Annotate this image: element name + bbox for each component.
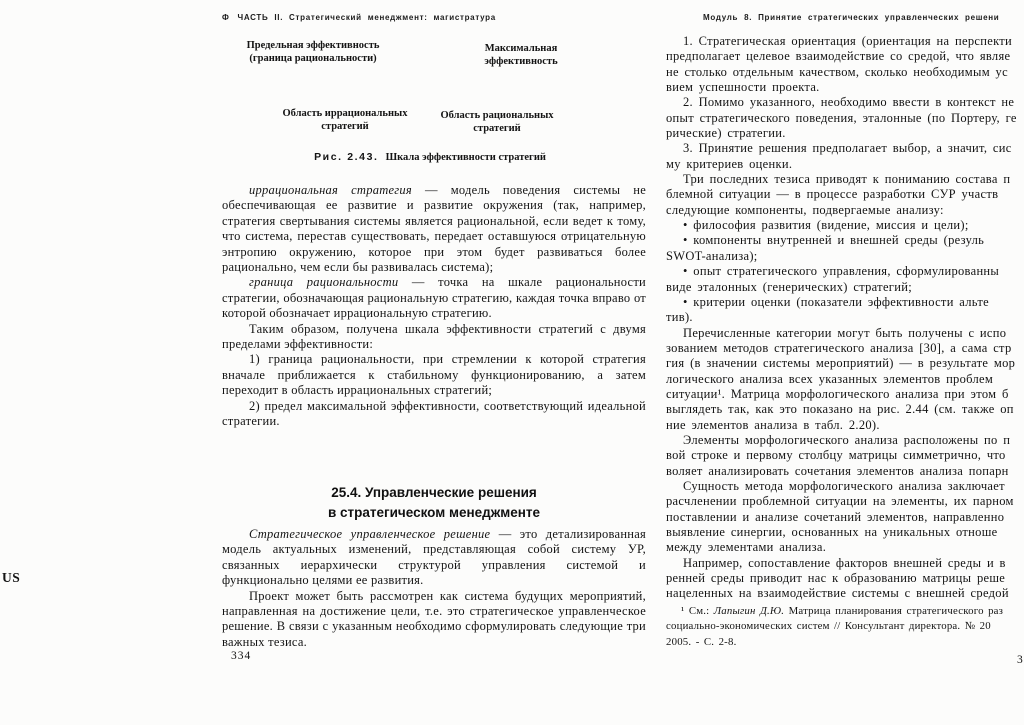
text-line: 3. Принятие решения предполагает выбор, … bbox=[666, 141, 1017, 156]
figure-label-marginal-effectiveness: Предельная эффективность (граница рацион… bbox=[247, 40, 380, 65]
text-line: логического анализа всех указанных элеме… bbox=[666, 372, 1017, 387]
text-line: воляет анализировать сочетания элементов… bbox=[666, 464, 1017, 479]
figure-label-line: Область иррациональных bbox=[283, 108, 408, 121]
text-line: поставлении и анализе сочетаний элементо… bbox=[666, 510, 1017, 525]
text-line: рические) стратегии. bbox=[666, 126, 1017, 141]
paragraph: 2) предел максимальной эффективности, со… bbox=[222, 399, 646, 430]
text-line: вой строке и первому столбцу матрицы сим… bbox=[666, 448, 1017, 463]
text-line: • компоненты внутренней и внешней среды … bbox=[666, 233, 1017, 248]
paragraph-lead-term: иррациональная стратегия bbox=[249, 183, 412, 197]
text-line: выявление синергии, основанных на уникал… bbox=[666, 525, 1017, 540]
footnote-text: Матрица планирования стратегического раз bbox=[784, 605, 1003, 617]
text-line: расчленении проблемной ситуации на элеме… bbox=[666, 494, 1017, 509]
text-line: зованием методов стратегического анализа… bbox=[666, 341, 1017, 356]
text-line: тив). bbox=[666, 310, 1017, 325]
text-line: ситуации¹. Матрица морфологического анал… bbox=[666, 387, 1017, 402]
figure-caption-text: Шкала эффективности стратегий bbox=[386, 152, 546, 163]
paragraph: 1) граница рациональности, при стремлени… bbox=[222, 352, 646, 398]
section-heading-line: 25.4. Управленческие решения bbox=[222, 483, 646, 503]
text-line: • философия развития (видение, миссия и … bbox=[666, 218, 1017, 233]
text-line: следующие компоненты, подвергаемые анали… bbox=[666, 203, 1017, 218]
footnote-line: 2005. - С. 2-8. bbox=[666, 635, 1003, 650]
right-page-number: 3 bbox=[1017, 654, 1024, 666]
left-running-head: ФЧАСТЬ II. Стратегический менеджмент: ма… bbox=[222, 13, 496, 22]
figure-label-irrational-area: Область иррациональных стратегий bbox=[283, 108, 408, 133]
text-line: предполагает целевое взаимодействие со с… bbox=[666, 49, 1017, 64]
text-line: • критерии оценки (показатели эффективно… bbox=[666, 295, 1017, 310]
text-line: Элементы морфологического анализа распол… bbox=[666, 433, 1017, 448]
footnote: ¹ См.: Лапыгин Д.Ю. Матрица планирования… bbox=[666, 604, 1003, 650]
left-body-block-2: Стратегическое управленческое решение — … bbox=[222, 527, 646, 650]
text-line: виде эталонных (генерических) стратегий; bbox=[666, 280, 1017, 295]
text-line: опыт стратегического поведения, эталонны… bbox=[666, 111, 1017, 126]
figure-label-line: (граница рациональности) bbox=[247, 53, 380, 66]
text-line: ние элементов анализа в табл. 2.20). bbox=[666, 418, 1017, 433]
left-running-head-text: ЧАСТЬ II. Стратегический менеджмент: маг… bbox=[238, 13, 496, 22]
text-line: 1. Стратегическая ориентация (ориентация… bbox=[666, 34, 1017, 49]
section-heading-25-4: 25.4. Управленческие решения в стратегич… bbox=[222, 483, 646, 523]
text-line: не столько отдельным качеством, сколько … bbox=[666, 65, 1017, 80]
text-line: Например, сопоставление факторов внешней… bbox=[666, 556, 1017, 571]
text-line: Три последних тезиса приводят к понимани… bbox=[666, 172, 1017, 187]
right-body: 1. Стратегическая ориентация (ориентация… bbox=[666, 34, 1017, 602]
text-line: • опыт стратегического управления, сформ… bbox=[666, 264, 1017, 279]
book-spread-scan: ФЧАСТЬ II. Стратегический менеджмент: ма… bbox=[0, 0, 1024, 725]
footnote-line: ¹ См.: Лапыгин Д.Ю. Матрица планирования… bbox=[666, 604, 1003, 619]
text-line: нацеленных на взаимодействие системы с в… bbox=[666, 586, 1017, 601]
figure-label-rational-area: Область рациональных стратегий bbox=[440, 110, 553, 135]
figure-caption: Рис. 2.43.Шкала эффективности стратегий bbox=[314, 151, 546, 163]
text-line: 2. Помимо указанного, необходимо ввести … bbox=[666, 95, 1017, 110]
right-running-head-text: Модуль 8. Принятие стратегических управл… bbox=[703, 13, 999, 22]
figure-label-max-effectiveness: Максимальная эффективность bbox=[484, 43, 557, 68]
figure-label-line: Предельная эффективность bbox=[247, 40, 380, 53]
text-line: SWOT-анализа); bbox=[666, 249, 1017, 264]
paragraph: иррациональная стратегия — модель поведе… bbox=[222, 183, 646, 275]
text-line: Сущность метода морфологического анализа… bbox=[666, 479, 1017, 494]
footnote-marker: ¹ См.: bbox=[681, 605, 714, 617]
paragraph-lead-term: Стратегическое управленческое решение bbox=[249, 527, 490, 541]
figure-label-line: эффективность bbox=[484, 56, 557, 69]
footnote-line: социально-экономических систем // Консул… bbox=[666, 619, 1003, 634]
paragraph: граница рациональности — точка на шкале … bbox=[222, 275, 646, 321]
figure-label-line: стратегий bbox=[440, 123, 553, 136]
footnote-author: Лапыгин Д.Ю. bbox=[714, 605, 784, 617]
text-line: Перечисленные категории могут быть получ… bbox=[666, 326, 1017, 341]
text-line: между элементами анализа. bbox=[666, 540, 1017, 555]
left-body-block-1: иррациональная стратегия — модель поведе… bbox=[222, 183, 646, 430]
text-line: блемной ситуации — в процессе разработки… bbox=[666, 187, 1017, 202]
text-line: ренней среды приводит нас к образованию … bbox=[666, 571, 1017, 586]
text-line: выглядеть так, как это показано на рис. … bbox=[666, 402, 1017, 417]
left-page-number: 334 bbox=[231, 650, 251, 662]
figure-label-line: Максимальная bbox=[484, 43, 557, 56]
paragraph-lead-term: граница рациональности bbox=[249, 275, 398, 289]
section-heading-line: в стратегическом менеджменте bbox=[222, 503, 646, 523]
right-running-head: Модуль 8. Принятие стратегических управл… bbox=[703, 13, 999, 22]
paragraph: Проект может быть рассмотрен как система… bbox=[222, 589, 646, 651]
paragraph: Стратегическое управленческое решение — … bbox=[222, 527, 646, 589]
figure-label-line: стратегий bbox=[283, 121, 408, 134]
margin-edge-text: US bbox=[2, 570, 20, 586]
text-line: гия (в значении системы мероприятий) — в… bbox=[666, 356, 1017, 371]
figure-label-line: Область рациональных bbox=[440, 110, 553, 123]
text-line: вием успешности проекта. bbox=[666, 80, 1017, 95]
text-line: му критериев оценки. bbox=[666, 157, 1017, 172]
figure-number: Рис. 2.43. bbox=[314, 151, 379, 163]
section-marker: Ф bbox=[222, 13, 230, 22]
paragraph: Таким образом, получена шкала эффективно… bbox=[222, 322, 646, 353]
